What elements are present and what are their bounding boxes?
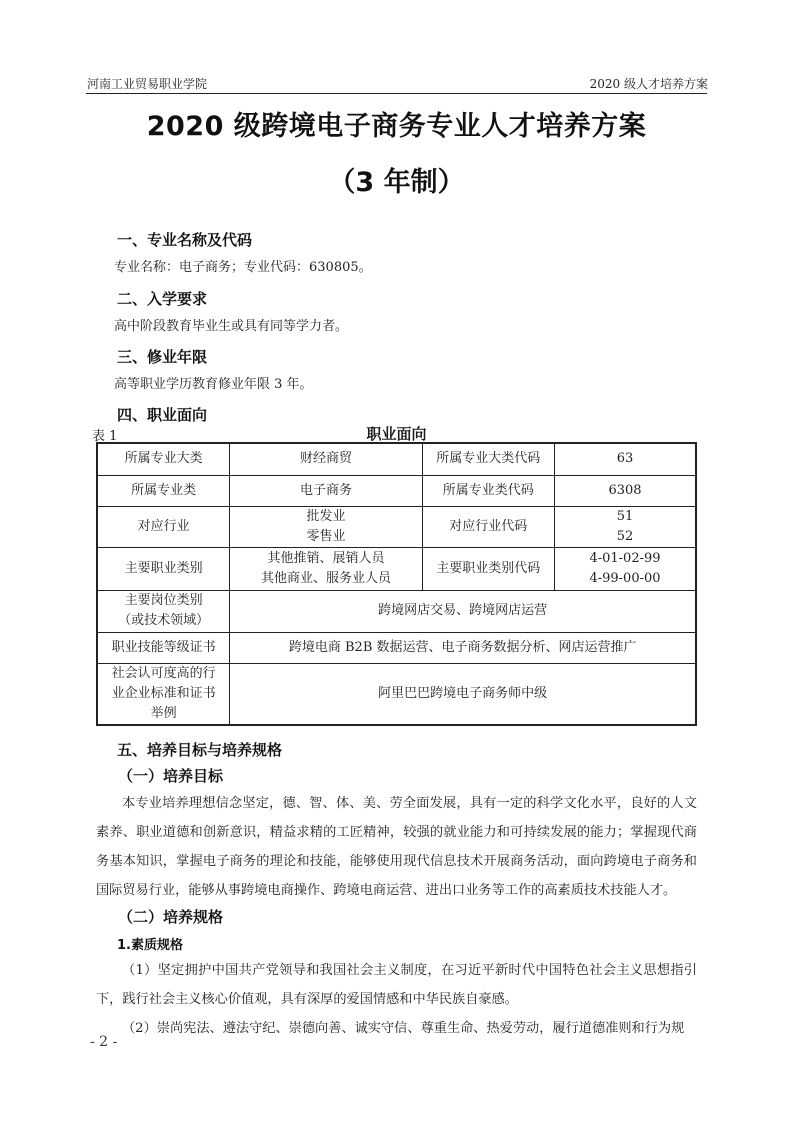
cell-line: 批发业 bbox=[232, 507, 419, 527]
cell-line: 4-01-02-99 bbox=[557, 549, 693, 569]
subsection-heading-goals: （一）培养目标 bbox=[118, 765, 223, 786]
paragraph-quality-2: （2）崇尚宪法、遵法守纪、崇德向善、诚实守信、尊重生命、热爱劳动，履行道德准则和… bbox=[96, 1014, 697, 1043]
section-heading-3: 三、修业年限 bbox=[117, 346, 207, 367]
table-cell: 对应行业 bbox=[97, 506, 230, 547]
table-row: 主要职业类别 其他推销、展销人员 其他商业、服务业人员 主要职业类别代码 4-0… bbox=[97, 547, 696, 590]
table-cell: 所属专业类 bbox=[97, 475, 230, 506]
table-cell-span: 跨境电商 B2B 数据运营、电子商务数据分析、网店运营推广 bbox=[230, 632, 696, 663]
table-cell: 63 bbox=[554, 443, 696, 475]
table-cell: 4-01-02-99 4-99-00-00 bbox=[554, 547, 696, 590]
table-cell: 其他推销、展销人员 其他商业、服务业人员 bbox=[230, 547, 422, 590]
table-cell: 电子商务 bbox=[230, 475, 422, 506]
table-row: 对应行业 批发业 零售业 对应行业代码 51 52 bbox=[97, 506, 696, 547]
table-row: 所属专业大类 财经商贸 所属专业大类代码 63 bbox=[97, 443, 696, 475]
section-body-1: 专业名称：电子商务；专业代码：630805。 bbox=[114, 256, 372, 275]
table-cell: 所属专业类代码 bbox=[422, 475, 554, 506]
table-cell-span: 跨境网店交易、跨境网店运营 bbox=[230, 590, 696, 632]
table-cell: 所属专业大类 bbox=[97, 443, 230, 475]
header-divider bbox=[86, 93, 707, 94]
page-number: - 2 - bbox=[90, 1034, 117, 1050]
table-cell: 财经商贸 bbox=[230, 443, 422, 475]
paragraph-quality-1: （1）坚定拥护中国共产党领导和我国社会主义制度，在习近平新时代中国特色社会主义思… bbox=[96, 956, 697, 1014]
subsection-heading-specs: （二）培养规格 bbox=[118, 906, 223, 927]
table-cell: 所属专业大类代码 bbox=[422, 443, 554, 475]
section-body-2: 高中阶段教育毕业生或具有同等学力者。 bbox=[114, 315, 348, 334]
table-caption: 职业面向 bbox=[0, 423, 793, 444]
item-heading-quality: 1.素质规格 bbox=[117, 934, 183, 953]
paragraph-goals: 本专业培养理想信念坚定，德、智、体、美、劳全面发展，具有一定的科学文化水平，良好… bbox=[96, 789, 697, 905]
table-cell: 社会认可度高的行 业企业标准和证书 举例 bbox=[97, 663, 230, 725]
table-row: 社会认可度高的行 业企业标准和证书 举例 阿里巴巴跨境电子商务师中级 bbox=[97, 663, 696, 725]
table-cell: 6308 bbox=[554, 475, 696, 506]
cell-line: 举例 bbox=[100, 704, 227, 724]
table-cell: 主要岗位类别 （或技术领域） bbox=[97, 590, 230, 632]
table-cell: 批发业 零售业 bbox=[230, 506, 422, 547]
cell-line: 4-99-00-00 bbox=[557, 569, 693, 589]
running-header-doc-title: 2020 级人才培养方案 bbox=[590, 75, 708, 92]
section-heading-4: 四、职业面向 bbox=[117, 404, 207, 425]
table-cell: 职业技能等级证书 bbox=[97, 632, 230, 663]
document-subtitle: （3 年制） bbox=[0, 160, 793, 199]
section-heading-5: 五、培养目标与培养规格 bbox=[117, 739, 282, 760]
cell-line: 社会认可度高的行 bbox=[100, 664, 227, 684]
section-heading-2: 二、入学要求 bbox=[117, 288, 207, 309]
cell-line: 其他推销、展销人员 bbox=[232, 549, 419, 569]
cell-line: 主要岗位类别 bbox=[100, 591, 227, 611]
table-cell: 主要职业类别 bbox=[97, 547, 230, 590]
table-row: 主要岗位类别 （或技术领域） 跨境网店交易、跨境网店运营 bbox=[97, 590, 696, 632]
table-row: 职业技能等级证书 跨境电商 B2B 数据运营、电子商务数据分析、网店运营推广 bbox=[97, 632, 696, 663]
cell-line: （或技术领域） bbox=[100, 611, 227, 631]
section-body-3: 高等职业学历教育修业年限 3 年。 bbox=[114, 373, 313, 392]
document-title: 2020 级跨境电子商务专业人才培养方案 bbox=[0, 104, 793, 143]
cell-line: 业企业标准和证书 bbox=[100, 684, 227, 704]
occupation-table: 所属专业大类 财经商贸 所属专业大类代码 63 所属专业类 电子商务 所属专业类… bbox=[96, 442, 697, 726]
table-cell-span: 阿里巴巴跨境电子商务师中级 bbox=[230, 663, 696, 725]
running-header-institution: 河南工业贸易职业学院 bbox=[87, 75, 207, 92]
table-cell: 对应行业代码 bbox=[422, 506, 554, 547]
table-cell: 51 52 bbox=[554, 506, 696, 547]
table-cell: 主要职业类别代码 bbox=[422, 547, 554, 590]
cell-line: 其他商业、服务业人员 bbox=[232, 569, 419, 589]
cell-line: 零售业 bbox=[232, 527, 419, 547]
cell-line: 51 bbox=[557, 507, 693, 527]
section-heading-1: 一、专业名称及代码 bbox=[117, 229, 252, 250]
table-row: 所属专业类 电子商务 所属专业类代码 6308 bbox=[97, 475, 696, 506]
cell-line: 52 bbox=[557, 527, 693, 547]
